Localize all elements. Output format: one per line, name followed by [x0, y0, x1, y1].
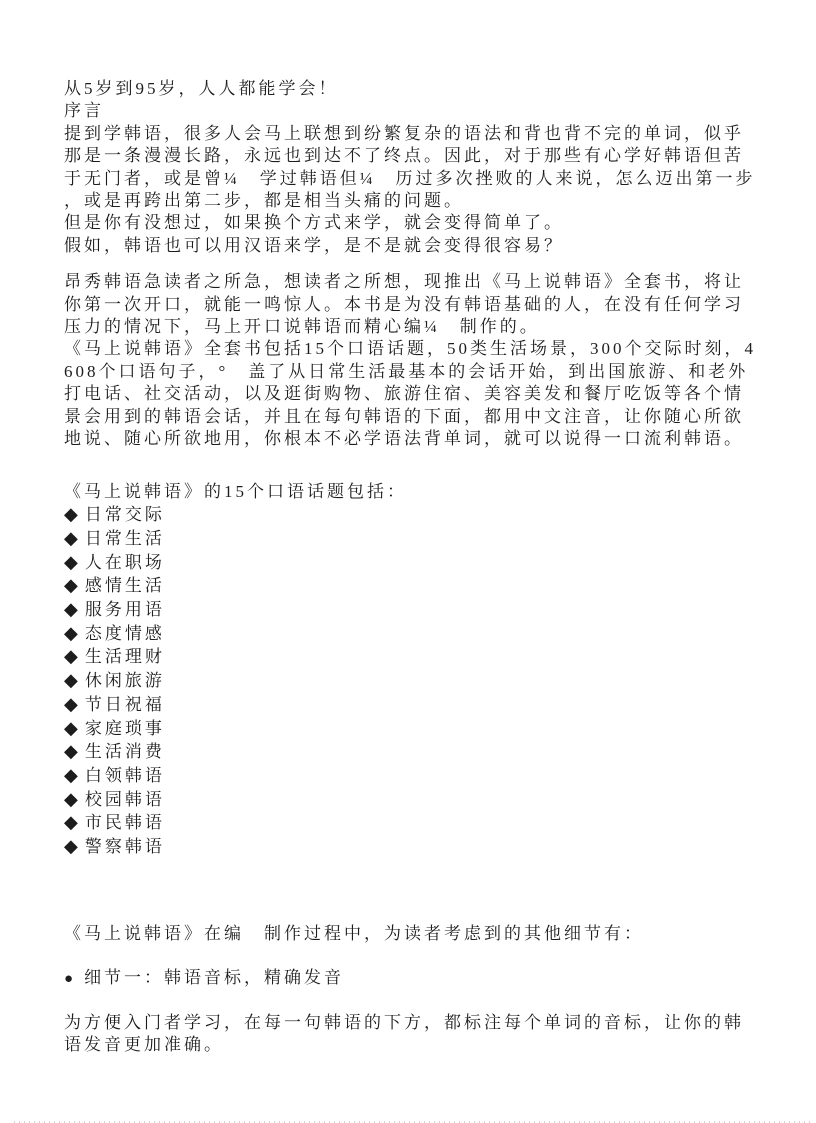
diamond-bullet-icon: ◆ — [64, 622, 78, 645]
paragraph-line: 压力的情况下，马上开口说韩语而精心编¼ 制作的。 — [64, 316, 770, 338]
topic-label: 日常生活 — [85, 529, 165, 548]
paragraph-line: 语发音更加准确。 — [64, 1034, 770, 1056]
topic-label: 校园韩语 — [85, 790, 165, 809]
topic-item: ◆生活消费 — [64, 740, 770, 764]
paragraph-line: 《马上说韩语》全套书包括15个口语话题，50类生活场景，300个交际时刻，4 — [64, 338, 770, 360]
topic-item: ◆节日祝福 — [64, 693, 770, 717]
diamond-bullet-icon: ◆ — [64, 693, 78, 716]
topic-label: 态度情感 — [85, 624, 165, 643]
topic-item: ◆家庭琐事 — [64, 717, 770, 741]
topic-label: 服务用语 — [85, 600, 165, 619]
document-page: 从5岁到95岁，人人都能学会！ 序言 提到学韩语，很多人会马上联想到纷繁复杂的语… — [64, 78, 770, 1056]
diamond-bullet-icon: ◆ — [64, 835, 78, 858]
paragraph-line: 假如，韩语也可以用汉语来学，是不是就会变得很容易？ — [64, 235, 770, 257]
topic-item: ◆日常交际 — [64, 503, 770, 527]
topic-label: 日常交际 — [85, 505, 165, 524]
topic-item: ◆人在职场 — [64, 551, 770, 575]
topic-item: ◆服务用语 — [64, 598, 770, 622]
paragraph-gap — [64, 257, 770, 271]
topic-item: ◆白领韩语 — [64, 764, 770, 788]
topic-item: ◆日常生活 — [64, 527, 770, 551]
topic-label: 生活理财 — [85, 647, 165, 666]
paragraph-line: ，或是再跨出第二步，都是相当头痛的问题。 — [64, 190, 770, 212]
paragraph-gap — [64, 991, 770, 1012]
paragraph-line: 你第一次开口，就能一鸣惊人。本书是为没有韩语基础的人，在没有任何学习 — [64, 294, 770, 316]
diamond-bullet-icon: ◆ — [64, 788, 78, 811]
topic-label: 家庭琐事 — [85, 719, 165, 738]
preface-title: 序言 — [64, 100, 770, 122]
topic-label: 生活消费 — [85, 742, 165, 761]
paragraph-gap — [64, 945, 770, 967]
topics-section: 《马上说韩语》的15个口语话题包括： ◆日常交际 ◆日常生活 ◆人在职场 ◆感情… — [64, 481, 770, 859]
diamond-bullet-icon: ◆ — [64, 764, 78, 787]
topic-label: 警察韩语 — [85, 837, 165, 856]
topic-item: ◆生活理财 — [64, 645, 770, 669]
paragraph-line: 于无门者，或是曾¼ 学过韩语但¼ 历过多次挫败的人来说，怎么迈出第一步 — [64, 168, 770, 190]
diamond-bullet-icon: ◆ — [64, 551, 78, 574]
paragraph-line: 那是一条漫漫长路，永远也到达不了终点。因此，对于那些有心学好韩语但苦 — [64, 145, 770, 167]
paragraph-line: 昂秀韩语急读者之所急，想读者之所想，现推出《马上说韩语》全套书，将让 — [64, 271, 770, 293]
section-gap — [64, 451, 770, 481]
diamond-bullet-icon: ◆ — [64, 503, 78, 526]
topic-item: ◆校园韩语 — [64, 788, 770, 812]
preface-tagline: 从5岁到95岁，人人都能学会！ — [64, 78, 770, 100]
topics-heading: 《马上说韩语》的15个口语话题包括： — [64, 481, 770, 504]
paragraph-line: 但是你有没想过，如果换个方式来学，就会变得简单了。 — [64, 212, 770, 234]
paragraph-line: 景会用到的韩语会话，并且在每句韩语的下面，都用中文注音，让你随心所欲 — [64, 406, 770, 428]
diamond-bullet-icon: ◆ — [64, 740, 78, 763]
paragraph-line: 打电话、社交活动，以及逛街购物、旅游住宿、美容美发和餐厅吃饭等各个情 — [64, 383, 770, 405]
topic-label: 节日祝福 — [85, 695, 165, 714]
diamond-bullet-icon: ◆ — [64, 669, 78, 692]
paragraph-line: 提到学韩语，很多人会马上联想到纷繁复杂的语法和背也背不完的单词，似乎 — [64, 123, 770, 145]
topic-label: 白领韩语 — [85, 766, 165, 785]
topic-item: ◆态度情感 — [64, 622, 770, 646]
diamond-bullet-icon: ◆ — [64, 574, 78, 597]
diamond-bullet-icon: ◆ — [64, 811, 78, 834]
diamond-bullet-icon: ◆ — [64, 645, 78, 668]
topic-label: 休闲旅游 — [85, 671, 165, 690]
detail-item: ●细节一：韩语音标，精确发音 — [64, 967, 770, 990]
paragraph-line: 为方便入门者学习，在每一句韩语的下方，都标注每个单词的音标，让你的韩 — [64, 1012, 770, 1034]
topic-label: 人在职场 — [85, 553, 165, 572]
section-gap — [64, 859, 770, 923]
topic-label: 感情生活 — [85, 576, 165, 595]
topic-item: ◆警察韩语 — [64, 835, 770, 859]
topic-item: ◆市民韩语 — [64, 811, 770, 835]
topic-label: 市民韩语 — [85, 813, 165, 832]
paragraph-line: 地说、随心所欲地用，你根本不必学语法背单词，就可以说得一口流利韩语。 — [64, 428, 770, 450]
diamond-bullet-icon: ◆ — [64, 598, 78, 621]
circle-bullet-icon: ● — [64, 968, 73, 990]
details-heading: 《马上说韩语》在编 制作过程中，为读者考虑到的其他细节有： — [64, 923, 770, 945]
diamond-bullet-icon: ◆ — [64, 717, 78, 740]
topic-item: ◆休闲旅游 — [64, 669, 770, 693]
detail-label: 细节一：韩语音标，精确发音 — [84, 968, 344, 987]
topic-item: ◆感情生活 — [64, 574, 770, 598]
diamond-bullet-icon: ◆ — [64, 527, 78, 550]
paragraph-line: 608个口语句子，° 盖了从日常生活最基本的会话开始，到出国旅游、和老外 — [64, 361, 770, 383]
